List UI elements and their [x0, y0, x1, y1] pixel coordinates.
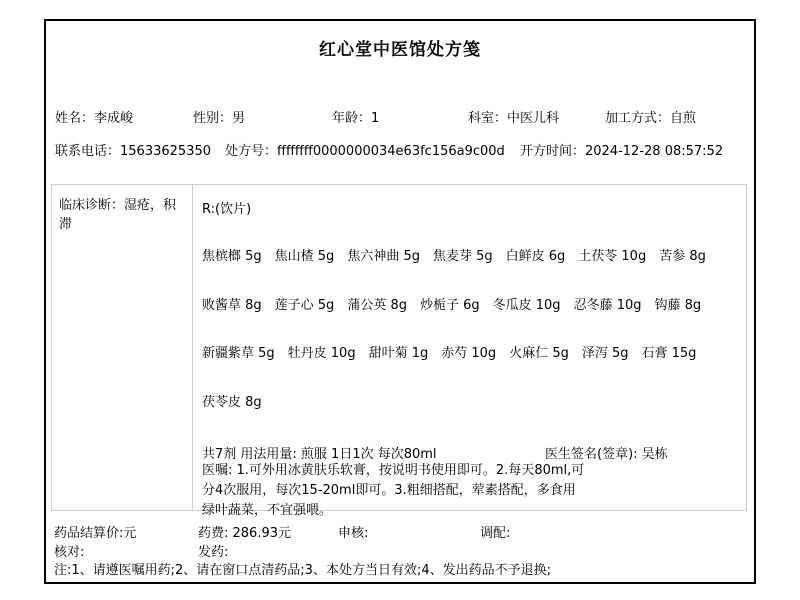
doctor-advice-line: 医嘱: 1.可外用冰黄肤乐软膏，按说明书使用即可。2.每天80ml,可	[202, 461, 747, 481]
patient-name-field: 姓名：李成峻	[55, 107, 133, 126]
prepare-field: 调配:	[480, 522, 510, 541]
department-label: 科室：	[468, 111, 507, 126]
medicine-item: 冬瓜皮 10g	[493, 298, 561, 313]
medicine-line: 败酱草 8g莲子心 5g蒲公英 8g炒栀子 6g冬瓜皮 10g忍冬藤 10g钩藤…	[202, 294, 742, 343]
medicine-item: 焦麦芽 5g	[433, 249, 493, 264]
fee-label: 药费:	[198, 526, 233, 541]
fee-value: 286.93元	[233, 526, 292, 541]
fee-field: 药费: 286.93元	[198, 522, 291, 541]
issue-time-value: 2024-12-28 08:57:52	[585, 144, 723, 159]
footer-note: 注:1、请遵医嘱用药;2、请在窗口点清药品;3、本处方当日有效;4、发出药品不予…	[54, 559, 551, 578]
medicine-item: 钩藤 8g	[655, 298, 702, 313]
doctor-signature: 医生签名(签章): 吴栋	[545, 443, 668, 462]
prescription-table: 临床诊断：湿疮，积滞 R:(饮片) 焦槟榔 5g焦山楂 5g焦六神曲 5g焦麦芽…	[51, 184, 747, 511]
diagnosis-cell: 临床诊断：湿疮，积滞	[52, 185, 193, 510]
department-value: 中医儿科	[507, 111, 559, 126]
rx-number-field: 处方号：ffffffff0000000034e63fc156a9c00d	[225, 140, 505, 159]
rx-number-label: 处方号：	[225, 144, 277, 159]
department-field: 科室：中医儿科	[468, 107, 559, 126]
medicine-item: 甜叶菊 1g	[369, 346, 429, 361]
medicine-item: 新疆紫草 5g	[202, 346, 275, 361]
patient-name-label: 姓名：	[55, 111, 94, 126]
medicine-item: 火麻仁 5g	[509, 346, 569, 361]
patient-age-label: 年龄：	[332, 111, 371, 126]
prepare-label: 调配:	[480, 526, 510, 541]
medicine-item: 石膏 15g	[642, 346, 697, 361]
rx-header: R:(饮片)	[202, 198, 251, 217]
medicine-item: 苦参 8g	[659, 249, 706, 264]
medicine-line: 焦槟榔 5g焦山楂 5g焦六神曲 5g焦麦芽 5g白鲜皮 6g土茯苓 10g苦参…	[202, 245, 742, 294]
patient-gender-field: 性别：男	[193, 107, 245, 126]
processing-method-value: 自煎	[670, 111, 696, 126]
medicine-line: 茯苓皮 8g	[202, 391, 742, 440]
settle-price-value: 元	[123, 526, 136, 541]
medicine-item: 蒲公英 8g	[347, 298, 407, 313]
patient-gender-label: 性别：	[193, 111, 232, 126]
screenshot-root: { "header": { "title": "红心堂中医馆处方笺" }, "p…	[0, 0, 800, 600]
review-label: 申核:	[338, 526, 368, 541]
diagnosis-label: 临床诊断：	[59, 198, 124, 213]
medicine-item: 焦六神曲 5g	[347, 249, 420, 264]
medicine-item: 莲子心 5g	[275, 298, 335, 313]
phone-field: 联系电话：15633625350	[55, 140, 211, 159]
processing-method-field: 加工方式：自煎	[605, 107, 696, 126]
medicine-list: 焦槟榔 5g焦山楂 5g焦六神曲 5g焦麦芽 5g白鲜皮 6g土茯苓 10g苦参…	[202, 245, 742, 439]
settle-price-field: 药品结算价:元	[54, 522, 136, 541]
dispense-label: 发药:	[198, 545, 228, 560]
medicine-item: 忍冬藤 10g	[574, 298, 642, 313]
doctor-advice-line: 绿叶蔬菜，不宜强喂。	[202, 501, 747, 521]
rx-content-cell: R:(饮片) 焦槟榔 5g焦山楂 5g焦六神曲 5g焦麦芽 5g白鲜皮 6g土茯…	[193, 185, 746, 510]
settle-price-label: 药品结算价:	[54, 526, 123, 541]
patient-gender-value: 男	[232, 111, 245, 126]
medicine-item: 炒栀子 6g	[420, 298, 480, 313]
rx-number-value: ffffffff0000000034e63fc156a9c00d	[277, 144, 505, 159]
medicine-item: 泽泻 5g	[582, 346, 629, 361]
phone-label: 联系电话：	[55, 144, 120, 159]
medicine-item: 赤芍 10g	[441, 346, 496, 361]
medicine-item: 牡丹皮 10g	[288, 346, 356, 361]
medicine-item: 白鲜皮 6g	[506, 249, 566, 264]
medicine-item: 焦山楂 5g	[275, 249, 335, 264]
medicine-line: 新疆紫草 5g牡丹皮 10g甜叶菊 1g赤芍 10g火麻仁 5g泽泻 5g石膏 …	[202, 342, 742, 391]
check-label: 核对:	[54, 545, 84, 560]
review-field: 申核:	[338, 522, 368, 541]
doctor-signature-label: 医生签名(签章):	[545, 447, 642, 462]
patient-age-field: 年龄：1	[332, 107, 379, 126]
dispense-field: 发药:	[198, 541, 228, 560]
issue-time-field: 开方时间：2024-12-28 08:57:52	[520, 140, 723, 159]
prescription-sheet: 红心堂中医馆处方笺 姓名：李成峻 性别：男 年龄：1 科室：中医儿科 加工方式：…	[44, 19, 756, 584]
page-title: 红心堂中医馆处方笺	[46, 35, 754, 60]
medicine-item: 焦槟榔 5g	[202, 249, 262, 264]
processing-method-label: 加工方式：	[605, 111, 670, 126]
phone-value: 15633625350	[120, 144, 211, 159]
medicine-item: 土茯苓 10g	[578, 249, 646, 264]
issue-time-label: 开方时间：	[520, 144, 585, 159]
check-field: 核对:	[54, 541, 84, 560]
patient-age-value: 1	[371, 111, 379, 126]
doctor-advice-line: 分4次服用，每次15-20ml即可。3.粗细搭配，荤素搭配，多食用	[202, 481, 747, 501]
medicine-item: 茯苓皮 8g	[202, 395, 262, 410]
doctor-advice: 医嘱: 1.可外用冰黄肤乐软膏，按说明书使用即可。2.每天80ml,可分4次服用…	[202, 461, 747, 520]
medicine-item: 败酱草 8g	[202, 298, 262, 313]
patient-name-value: 李成峻	[94, 111, 133, 126]
usage-line: 共7剂 用法用量: 煎服 1日1次 每次80ml	[202, 443, 437, 462]
doctor-signature-value: 吴栋	[642, 447, 668, 462]
